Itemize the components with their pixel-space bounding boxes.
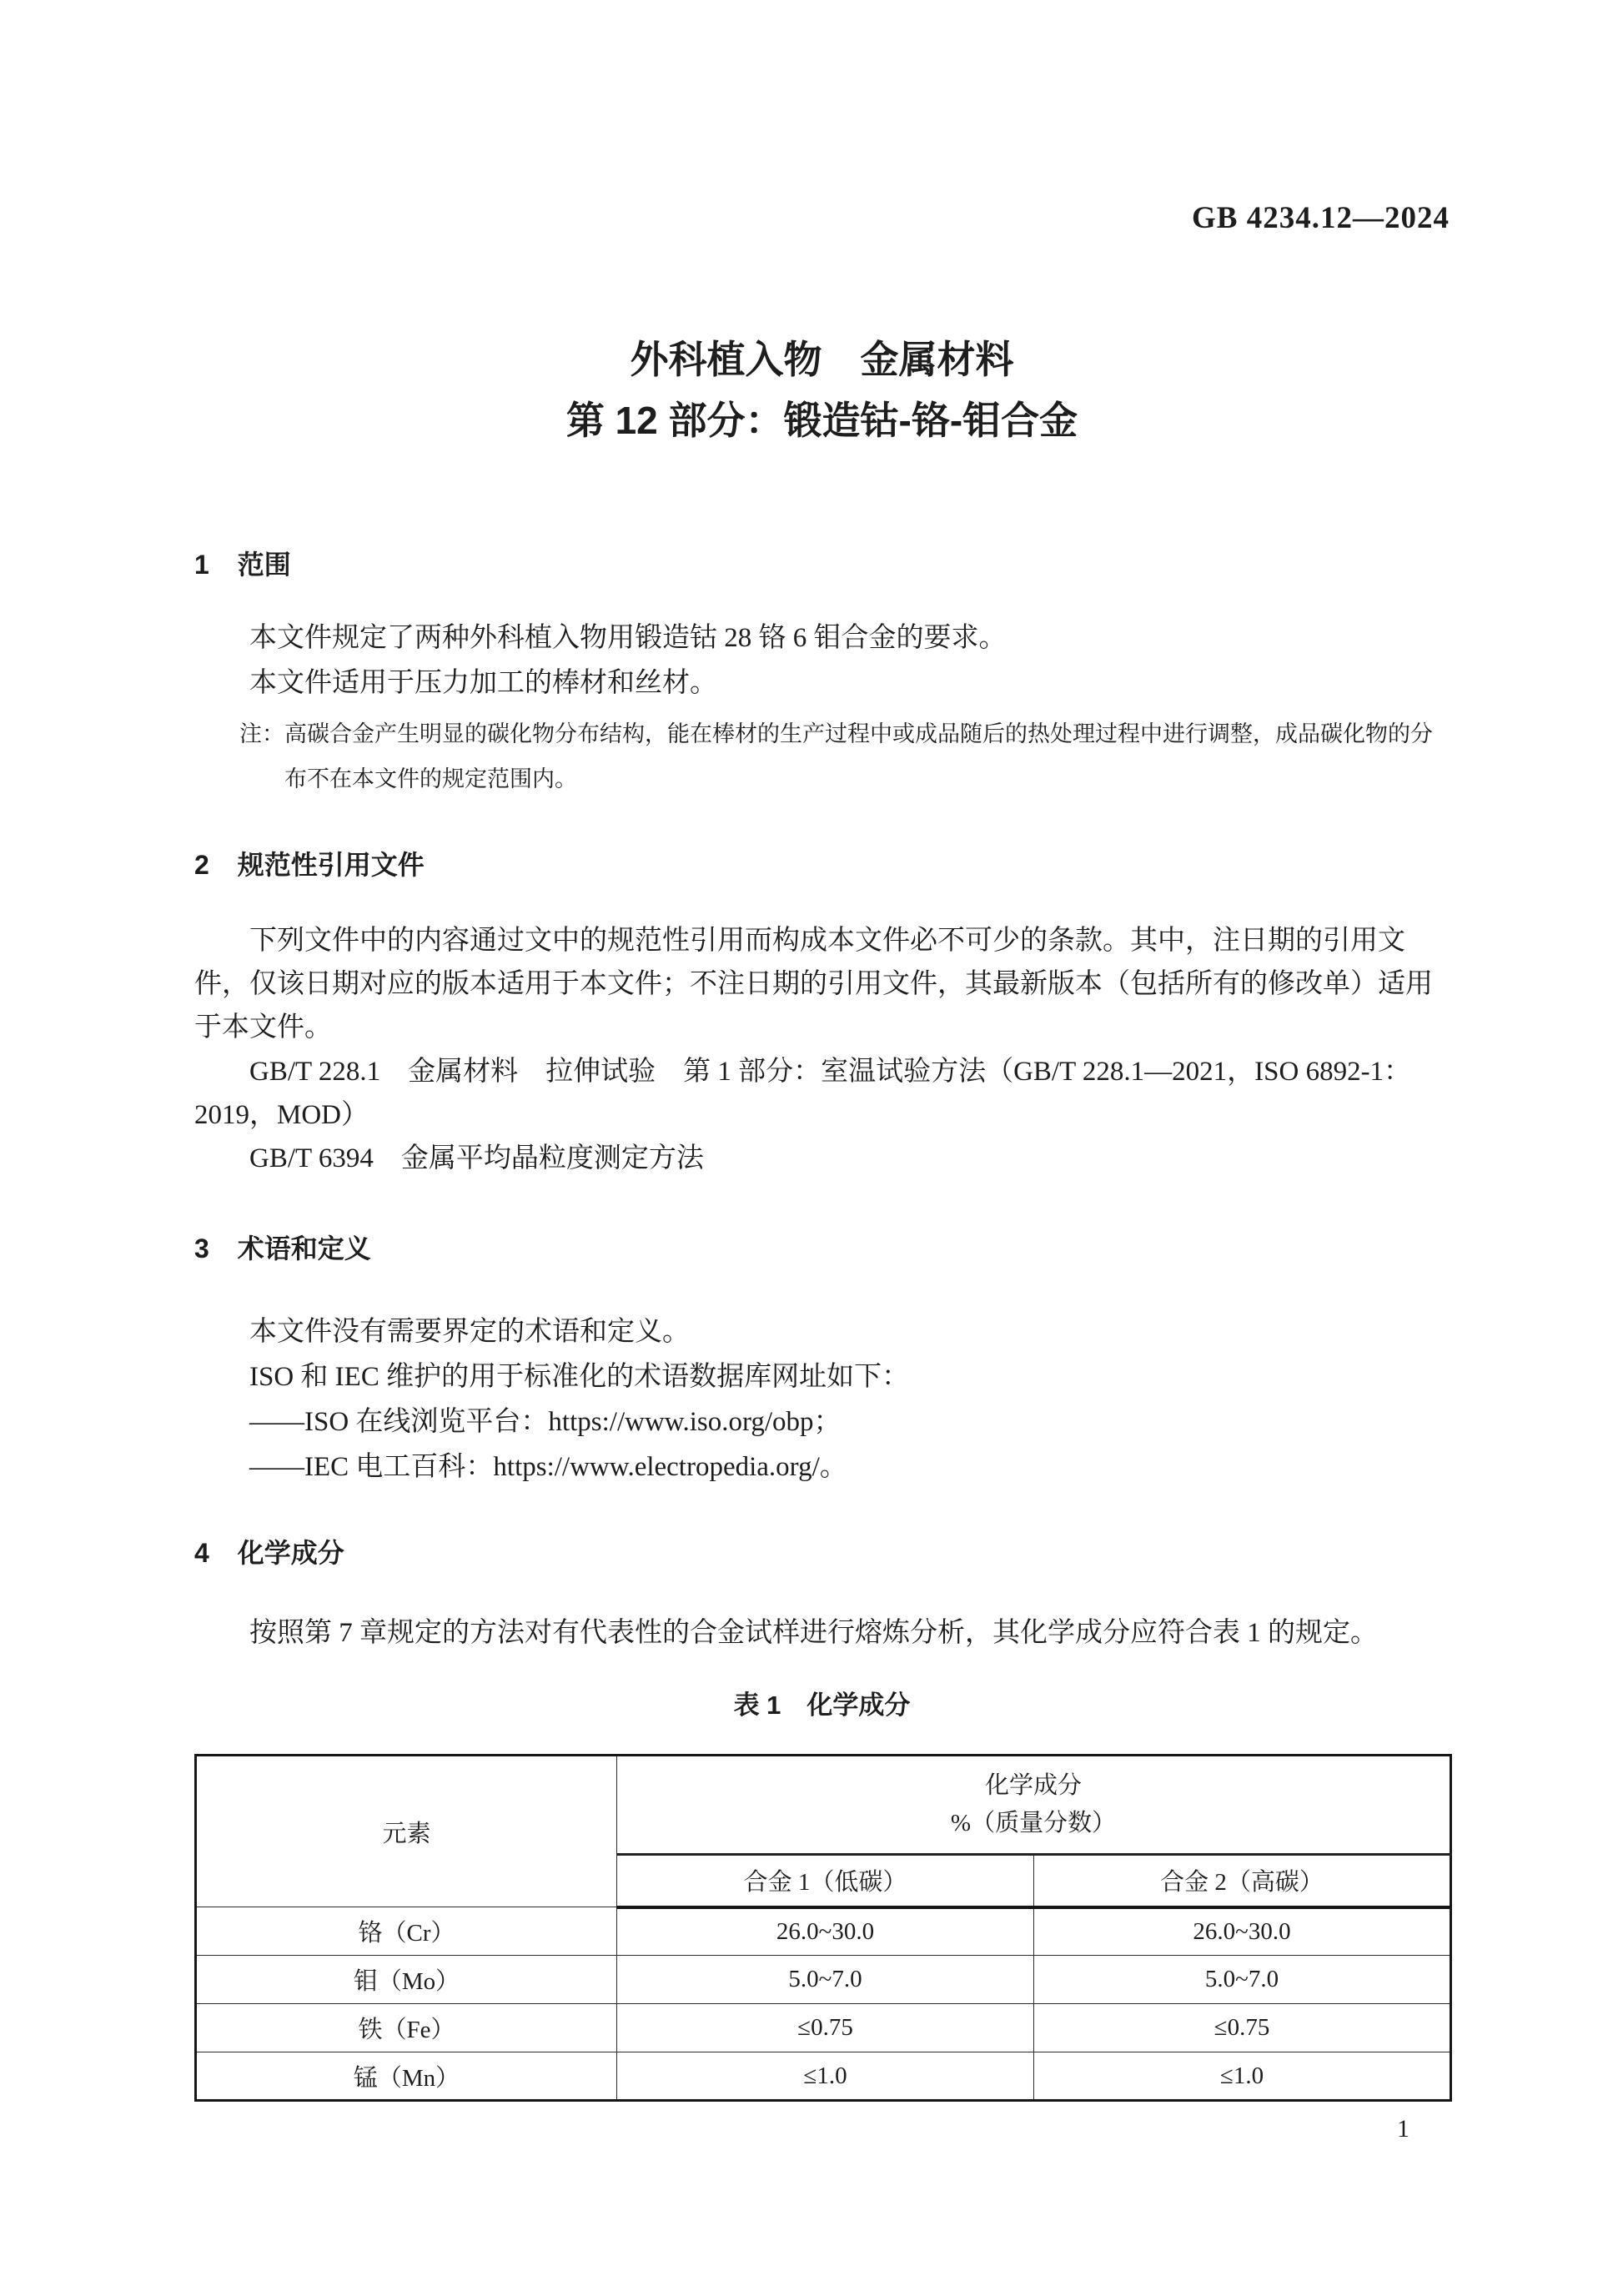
- section-1-heading: 1范围: [194, 548, 1450, 581]
- cell-fe-alloy1: ≤0.75: [617, 2004, 1034, 2052]
- section-1-title: 范围: [238, 550, 291, 580]
- reference-gbt-6394: GB/T 6394 金属平均晶粒度测定方法: [194, 1137, 1450, 1180]
- section-3-list-item-iso: ——ISO 在线浏览平台：https://www.iso.org/obp；: [194, 1399, 1450, 1444]
- reference-gbt-228-1: GB/T 228.1 金属材料 拉伸试验 第 1 部分：室温试验方法（GB/T …: [194, 1050, 1450, 1137]
- table-1-header-element: 元素: [196, 1756, 617, 1907]
- table-1-header-composition-line2: %（质量分数）: [617, 1805, 1450, 1842]
- cell-element-mo: 钼（Mo）: [196, 1956, 617, 2004]
- page-number: 1: [194, 2113, 1450, 2146]
- section-3-title: 术语和定义: [238, 1233, 371, 1264]
- section-4-paragraph-1: 按照第 7 章规定的方法对有代表性的合金试样进行熔炼分析，其化学成分应符合表 1…: [194, 1610, 1450, 1655]
- section-1-number: 1: [194, 548, 209, 581]
- section-3-number: 3: [194, 1232, 209, 1265]
- table-1-header-composition: 化学成分 %（质量分数）: [617, 1756, 1451, 1855]
- table-row-cr: 铬（Cr） 26.0~30.0 26.0~30.0: [196, 1907, 1451, 1956]
- cell-cr-alloy1: 26.0~30.0: [617, 1907, 1034, 1956]
- table-1-chemical-composition: 元素 化学成分 %（质量分数） 合金 1（低碳） 合金 2（高碳） 铬（Cr） …: [194, 1754, 1452, 2102]
- cell-element-fe: 铁（Fe）: [196, 2004, 617, 2052]
- section-2-title: 规范性引用文件: [238, 850, 425, 880]
- section-3-paragraph-2: ISO 和 IEC 维护的用于标准化的术语数据库网址如下：: [194, 1354, 1450, 1399]
- section-1-body: 本文件规定了两种外科植入物用锻造钴 28 铬 6 钼合金的要求。 本文件适用于压…: [194, 615, 1450, 706]
- table-1-header-alloy2: 合金 2（高碳）: [1034, 1855, 1451, 1907]
- cell-mn-alloy2: ≤1.0: [1034, 2052, 1451, 2101]
- table-1-caption: 表 1 化学成分: [194, 1689, 1450, 1722]
- section-4-number: 4: [194, 1536, 209, 1570]
- section-3-body: 本文件没有需要界定的术语和定义。 ISO 和 IEC 维护的用于标准化的术语数据…: [194, 1309, 1450, 1490]
- section-2-body: 下列文件中的内容通过文中的规范性引用而构成本文件必不可少的条款。其中，注日期的引…: [194, 919, 1450, 1049]
- table-row-fe: 铁（Fe） ≤0.75 ≤0.75: [196, 2004, 1451, 2052]
- section-4-title: 化学成分: [238, 1538, 344, 1568]
- cell-element-mn: 锰（Mn）: [196, 2052, 617, 2101]
- section-2-number: 2: [194, 848, 209, 882]
- cell-cr-alloy2: 26.0~30.0: [1034, 1907, 1451, 1956]
- section-2-paragraph-1: 下列文件中的内容通过文中的规范性引用而构成本文件必不可少的条款。其中，注日期的引…: [194, 919, 1450, 1049]
- section-3-paragraph-1: 本文件没有需要界定的术语和定义。: [194, 1309, 1450, 1354]
- document-title: 外科植入物 金属材料 第 12 部分：锻造钴-铬-钼合金: [194, 329, 1450, 451]
- table-row-mn: 锰（Mn） ≤1.0 ≤1.0: [196, 2052, 1451, 2101]
- section-3-list-item-iec: ——IEC 电工百科：https://www.electropedia.org/…: [194, 1444, 1450, 1490]
- section-4-body: 按照第 7 章规定的方法对有代表性的合金试样进行熔炼分析，其化学成分应符合表 1…: [194, 1610, 1450, 1655]
- section-2-heading: 2规范性引用文件: [194, 848, 1450, 882]
- document-title-line1: 外科植入物 金属材料: [194, 329, 1450, 390]
- section-1-note: 注：高碳合金产生明显的碳化物分布结构，能在棒材的生产过程中或成品随后的热处理过程…: [194, 711, 1450, 801]
- document-page: GB 4234.12—2024 外科植入物 金属材料 第 12 部分：锻造钴-铬…: [0, 0, 1623, 2296]
- cell-mn-alloy1: ≤1.0: [617, 2052, 1034, 2101]
- table-1-header-composition-line1: 化学成分: [617, 1767, 1450, 1805]
- cell-mo-alloy2: 5.0~7.0: [1034, 1956, 1451, 2004]
- section-2-references: GB/T 228.1 金属材料 拉伸试验 第 1 部分：室温试验方法（GB/T …: [194, 1050, 1450, 1180]
- section-1-paragraph-2: 本文件适用于压力加工的棒材和丝材。: [194, 661, 1450, 706]
- cell-fe-alloy2: ≤0.75: [1034, 2004, 1451, 2052]
- section-4-heading: 4化学成分: [194, 1536, 1450, 1570]
- cell-element-cr: 铬（Cr）: [196, 1907, 617, 1956]
- page-content: GB 4234.12—2024 外科植入物 金属材料 第 12 部分：锻造钴-铬…: [194, 0, 1450, 2146]
- section-1-paragraph-1: 本文件规定了两种外科植入物用锻造钴 28 铬 6 钼合金的要求。: [194, 615, 1450, 661]
- document-title-line2: 第 12 部分：锻造钴-铬-钼合金: [194, 390, 1450, 451]
- table-row-mo: 钼（Mo） 5.0~7.0 5.0~7.0: [196, 1956, 1451, 2004]
- cell-mo-alloy1: 5.0~7.0: [617, 1956, 1034, 2004]
- table-1-header-alloy1: 合金 1（低碳）: [617, 1855, 1034, 1907]
- standard-number: GB 4234.12—2024: [194, 202, 1450, 235]
- section-3-heading: 3术语和定义: [194, 1232, 1450, 1265]
